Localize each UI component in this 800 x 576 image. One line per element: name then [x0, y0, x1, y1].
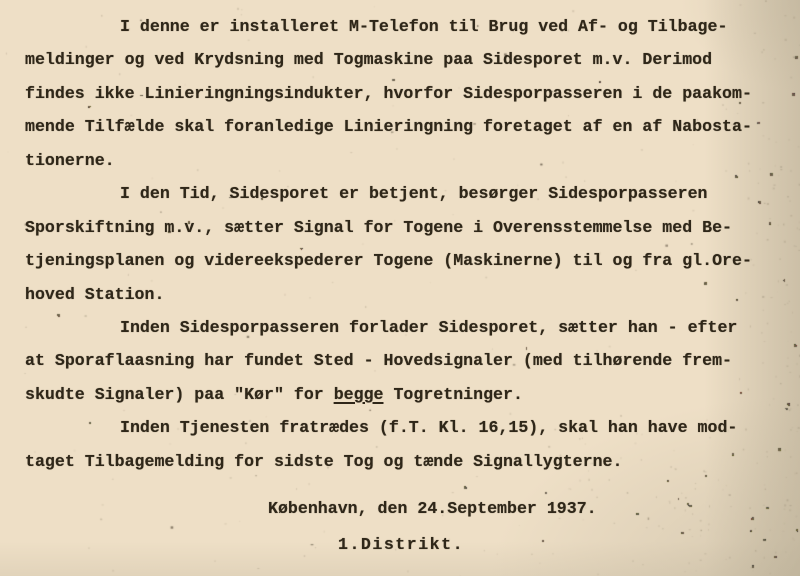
underlined-word: begge	[334, 385, 384, 404]
signature-line: 1.Distrikt.	[338, 534, 464, 556]
text-line: Sporskiftning m.v., sætter Signal for To…	[25, 211, 780, 244]
text-line: mende Tilfælde skal foranledige Linierin…	[25, 110, 780, 143]
date-line: København, den 24.September 1937.	[268, 498, 597, 520]
text-line: I denne er installeret M-Telefon til Bru…	[25, 10, 780, 43]
scanned-document-page: I denne er installeret M-Telefon til Bru…	[0, 0, 800, 576]
text-line: tjeningsplanen og videreekspederer Togen…	[25, 244, 780, 277]
text-line: hoved Station.	[25, 278, 780, 311]
text-line: findes ikke Linieringningsindukter, hvor…	[25, 77, 780, 110]
text-line: I den Tid, Sidesporet er betjent, besørg…	[25, 177, 780, 210]
document-body: I denne er installeret M-Telefon til Bru…	[25, 10, 780, 478]
text-line: Inden Sidesporpasseren forlader Sidespor…	[25, 311, 780, 344]
text-line: Inden Tjenesten fratrædes (f.T. Kl. 16,1…	[25, 411, 780, 444]
text-line: tionerne.	[25, 144, 780, 177]
text-line: skudte Signaler) paa "Kør" for begge Tog…	[25, 378, 780, 411]
text-line: taget Tilbagemelding for sidste Tog og t…	[25, 445, 780, 478]
text-line: at Sporaflaasning har fundet Sted - Hove…	[25, 344, 780, 377]
text-line: meldinger og ved Krydsning med Togmaskin…	[25, 43, 780, 76]
